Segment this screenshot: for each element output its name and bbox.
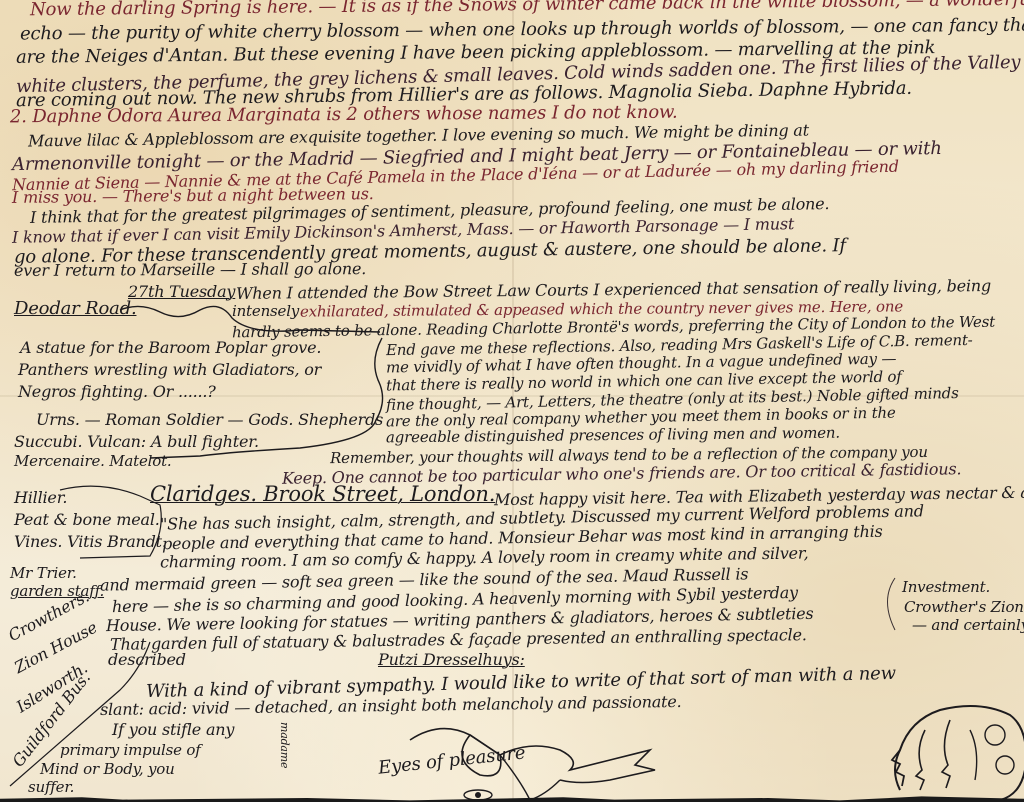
bracket-lines [0,0,1024,802]
bow-ribbon-sketch [410,700,670,802]
faces-profile-sketch [880,690,1024,802]
diary-page: Now the darling Spring is here. — It is … [0,0,1024,802]
